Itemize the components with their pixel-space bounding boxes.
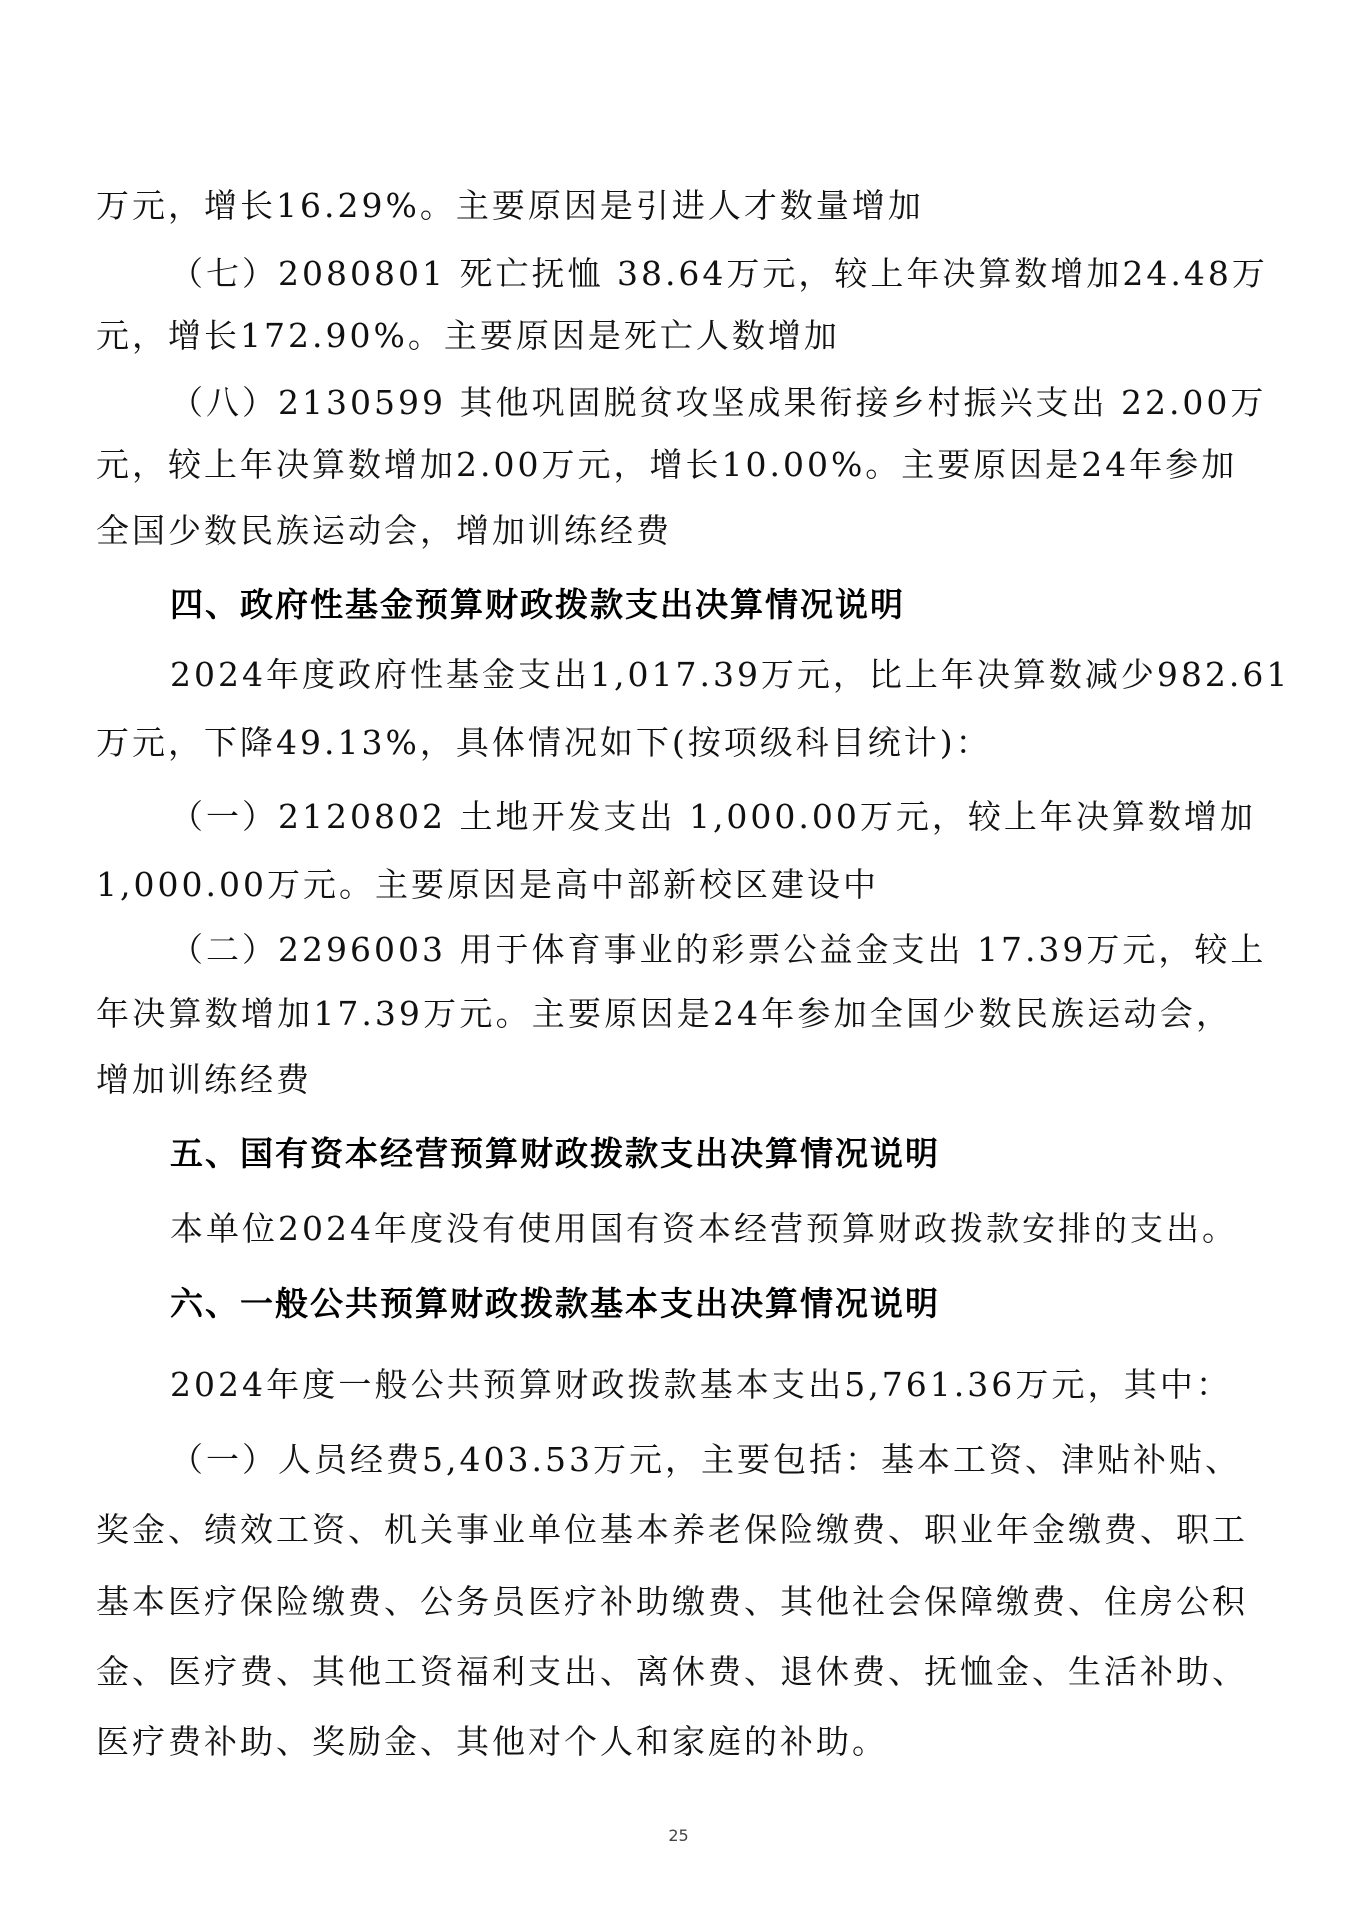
section-heading-5: 五、国有资本经营预算财政拨款支出决算情况说明 [170, 1132, 1232, 1176]
text-line: 医疗费补助、奖励金、其他对个人和家庭的补助。 [96, 1720, 1232, 1764]
text-line: （一）人员经费5,403.53万元，主要包括：基本工资、津贴补贴、 [170, 1438, 1232, 1482]
text-line: 本单位2024年度没有使用国有资本经营预算财政拨款安排的支出。 [170, 1207, 1232, 1251]
section-heading-4: 四、政府性基金预算财政拨款支出决算情况说明 [170, 583, 1232, 627]
text-line: 元，较上年决算数增加2.00万元，增长10.00%。主要原因是24年参加 [96, 443, 1232, 487]
text-line: 年决算数增加17.39万元。主要原因是24年参加全国少数民族运动会， [96, 992, 1232, 1036]
text-line: 万元，下降49.13%，具体情况如下(按项级科目统计)： [96, 721, 1232, 765]
page-number: 25 [0, 1826, 1357, 1845]
text-line: 元，增长172.90%。主要原因是死亡人数增加 [96, 314, 1232, 358]
text-line: （二）2296003 用于体育事业的彩票公益金支出 17.39万元，较上 [170, 928, 1232, 972]
text-line: （八）2130599 其他巩固脱贫攻坚成果衔接乡村振兴支出 22.00万 [170, 381, 1232, 425]
text-line: 万元，增长16.29%。主要原因是引进人才数量增加 [96, 184, 1232, 228]
text-line: 增加训练经费 [96, 1058, 1232, 1102]
text-line: 奖金、绩效工资、机关事业单位基本养老保险缴费、职业年金缴费、职工 [96, 1508, 1232, 1552]
section-heading-6: 六、一般公共预算财政拨款基本支出决算情况说明 [170, 1282, 1232, 1326]
text-line: 2024年度政府性基金支出1,017.39万元，比上年决算数减少982.61 [170, 653, 1232, 697]
text-line: 金、医疗费、其他工资福利支出、离休费、退休费、抚恤金、生活补助、 [96, 1650, 1232, 1694]
text-line: 2024年度一般公共预算财政拨款基本支出5,761.36万元，其中： [170, 1363, 1232, 1407]
text-line: 基本医疗保险缴费、公务员医疗补助缴费、其他社会保障缴费、住房公积 [96, 1580, 1232, 1624]
text-line: 全国少数民族运动会，增加训练经费 [96, 509, 1232, 553]
text-line: （七）2080801 死亡抚恤 38.64万元，较上年决算数增加24.48万 [170, 252, 1232, 296]
text-line: （一）2120802 土地开发支出 1,000.00万元，较上年决算数增加 [170, 795, 1232, 839]
text-line: 1,000.00万元。主要原因是高中部新校区建设中 [96, 863, 1232, 907]
document-page: 万元，增长16.29%。主要原因是引进人才数量增加 （七）2080801 死亡抚… [0, 0, 1357, 1920]
